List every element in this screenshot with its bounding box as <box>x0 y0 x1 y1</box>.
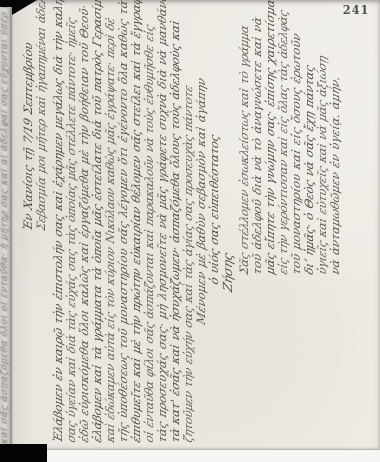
letter-closing: Μένομεν μὲ βαθὺν σεβασμὸν καὶ ἀγάπην ὁ υ… <box>195 14 221 444</box>
scanned-manuscript-page: καὶ σᾶς ἀσπαζόμεθα ὅλοι οἱ ἐνταῦθα· ἡ μή… <box>0 0 380 462</box>
adjacent-page-text-fragment: καὶ σᾶς ἀσπαζόμεθα ὅλοι οἱ ἐνταῦθα· ἡ μή… <box>0 13 11 446</box>
letter-signature: Ζήσης <box>221 10 237 444</box>
letter-body: Ἐλάβομεν ἐν καιρῷ τὴν ἐπιστολήν σας καὶ … <box>52 14 195 444</box>
black-backing-corner <box>0 444 47 462</box>
handwritten-letter: Ἐν Χανίοις τῇ 7/19 Σεπτεμβρίου Σεβασμία … <box>22 14 342 444</box>
letter-closing-line: ὁ υἱός σας εὐπειθέστατος <box>208 11 221 444</box>
letter-postscript-line: νὰ ἀνταμωθῶμεν ἐν ὑγείᾳ. ἀμήν. <box>329 11 342 444</box>
letter-salutation: Σεβασμία μοι μῆτερ καὶ ἠγαπημέναι ἀδελφα… <box>35 11 48 444</box>
page-number: 241 <box>343 3 370 17</box>
underlying-page-edge <box>44 449 380 462</box>
adjacent-page-edge: καὶ σᾶς ἀσπαζόμεθα ὅλοι οἱ ἐνταῦθα· ἡ μή… <box>0 7 12 447</box>
letter-heading: Ἐν Χανίοις τῇ 7/19 Σεπτεμβρίου Σεβασμία … <box>22 14 48 444</box>
letter-postscript: Σᾶς στέλλομεν ἐσωκλείστως καὶ τὸ γράμμα … <box>238 14 342 444</box>
